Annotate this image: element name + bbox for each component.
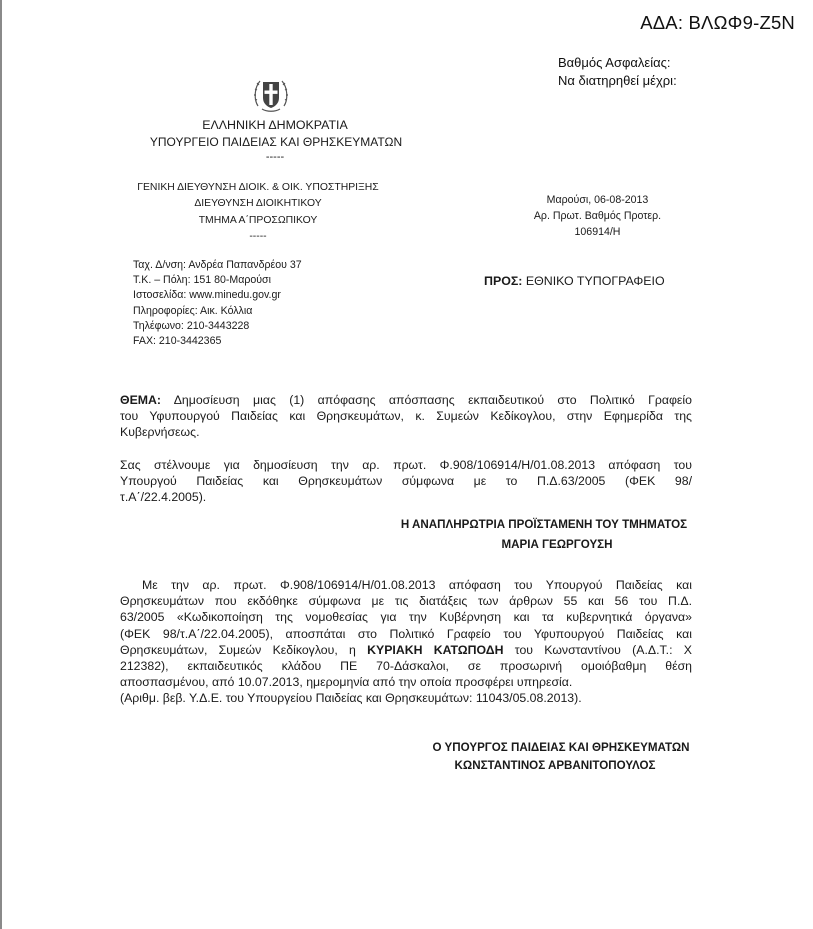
security-block: Βαθμός Ασφαλείας: Να διατηρηθεί μέχρι:: [558, 54, 677, 90]
header-separator: -----: [150, 149, 400, 165]
republic-heading: ΕΛΛΗΝΙΚΗ ΔΗΜΟΚΡΑΤΙΑ: [150, 117, 400, 133]
decision-line-4: (ΦΕΚ 98/τ.Α΄/22.04.2005), αποσπάται στο …: [120, 626, 692, 642]
signatory-1-title: Η ΑΝΑΠΛΗΡΩΤΡΙΑ ΠΡΟΪΣΤΑΜΕΝΗ ΤΟΥ ΤΜΗΜΑΤΟΣ: [396, 517, 692, 533]
appointee-name: ΚΥΡΙΑΚΗ ΚΑΤΩΠΟΔΗ: [367, 643, 503, 657]
greek-coat-of-arms-icon: [252, 74, 290, 114]
general-directorate: ΓΕΝΙΚΗ ΔΙΕΥΘΥΝΣΗ ΔΙΟΙΚ. & ΟΙΚ. ΥΠΟΣΤΗΡΙΞ…: [130, 180, 386, 196]
cover-line-2: Υπουργού Παιδείας και Θρησκευμάτων σύμφω…: [120, 473, 692, 489]
subject-line-2: του Υφυπουργού Παιδείας και Θρησκευμάτων…: [120, 408, 692, 424]
decision-line-5: Θρησκευμάτων, Συμεών Κεδίκογλου, η ΚΥΡΙΑ…: [120, 642, 692, 658]
place-date: Μαρούσι, 06-08-2013: [515, 192, 680, 208]
recipient-label: ΠΡΟΣ:: [484, 274, 522, 288]
decision-paragraph: Με την αρ. πρωτ. Φ.908/106914/Η/01.08.20…: [120, 577, 692, 707]
postal-code-city: Τ.Κ. – Πόλη: 151 80-Μαρούσι: [133, 273, 302, 288]
subject-line-1: ΘΕΜΑ: Δημοσίευση μιας (1) απόφασης απόσπ…: [120, 392, 692, 408]
fax: FAX: 210-3442365: [133, 334, 302, 349]
address-block: Ταχ. Δ/νση: Ανδρέα Παπανδρέου 37 Τ.Κ. – …: [133, 258, 302, 349]
decision-line-7: αποσπασμένου, από 10.07.2013, ημερομηνία…: [120, 674, 692, 690]
decision-line-3: 63/2005 «Κωδικοποίηση της νομοθεσίας για…: [120, 609, 692, 625]
cover-line-1: Σας στέλνουμε για δημοσίευση την αρ. πρω…: [120, 457, 692, 473]
signatory-1-name: ΜΑΡΙΑ ΓΕΩΡΓΟΥΣΗ: [420, 537, 694, 553]
cover-paragraph: Σας στέλνουμε για δημοσίευση την αρ. πρω…: [120, 457, 692, 506]
recipient-value: ΕΘΝΙΚΟ ΤΥΠΟΓΡΑΦΕΙΟ: [526, 274, 665, 288]
protocol-number: 106914/Η: [515, 224, 680, 240]
decision-line-6: 212382), εκπαιδευτικός κλάδου ΠΕ 70-Δάσκ…: [120, 658, 692, 674]
website: Ιστοσελίδα: www.minedu.gov.gr: [133, 288, 302, 303]
information-contact: Πληροφορίες: Αικ. Κόλλια: [133, 304, 302, 319]
postal-address: Ταχ. Δ/νση: Ανδρέα Παπανδρέου 37: [133, 258, 302, 273]
page-left-border: [0, 0, 2, 929]
decision-line-8: (Αριθμ. βεβ. Υ.Δ.Ε. του Υπουργείου Παιδε…: [120, 690, 692, 706]
recipient-line: ΠΡΟΣ: ΕΘΝΙΚΟ ΤΥΠΟΓΡΑΦΕΙΟ: [484, 273, 665, 289]
subject-line-3: Κυβερνήσεως.: [120, 424, 692, 440]
retain-until-label: Να διατηρηθεί μέχρι:: [558, 72, 677, 90]
cover-line-3: τ.Α΄/22.4.2005).: [120, 489, 692, 505]
telephone: Τηλέφωνο: 210-3443228: [133, 319, 302, 334]
date-protocol-block: Μαρούσι, 06-08-2013 Αρ. Πρωτ. Βαθμός Προ…: [515, 192, 680, 240]
department: ΤΜΗΜΑ Α΄ΠΡΟΣΩΠΙΚΟΥ: [130, 213, 386, 229]
signatory-2-name: ΚΩΝΣΤΑΝΤΙΝΟΣ ΑΡΒΑΝΙΤΟΠΟΥΛΟΣ: [430, 758, 680, 774]
division-block: ΓΕΝΙΚΗ ΔΙΕΥΘΥΝΣΗ ΔΙΟΙΚ. & ΟΙΚ. ΥΠΟΣΤΗΡΙΞ…: [130, 180, 386, 245]
subject-label: ΘΕΜΑ:: [120, 393, 161, 407]
protocol-label: Αρ. Πρωτ. Βαθμός Προτερ.: [515, 208, 680, 224]
ministry-heading: ΥΠΟΥΡΓΕΙΟ ΠΑΙΔΕΙΑΣ ΚΑΙ ΘΡΗΣΚΕΥΜΑΤΩΝ: [120, 134, 432, 150]
classification-label: Βαθμός Ασφαλείας:: [558, 54, 677, 72]
signatory-2-title: Ο ΥΠΟΥΡΓΟΣ ΠΑΙΔΕΙΑΣ ΚΑΙ ΘΡΗΣΚΕΥΜΑΤΩΝ: [430, 740, 692, 756]
division-separator: -----: [130, 229, 386, 245]
decision-line-1: Με την αρ. πρωτ. Φ.908/106914/Η/01.08.20…: [120, 577, 692, 593]
ada-code: ΑΔΑ: ΒΛΩΦ9-Ζ5Ν: [640, 12, 795, 34]
subject-paragraph: ΘΕΜΑ: Δημοσίευση μιας (1) απόφασης απόσπ…: [120, 392, 692, 441]
directorate: ΔΙΕΥΘΥΝΣΗ ΔΙΟΙΚΗΤΙΚΟΥ: [130, 196, 386, 212]
decision-line-2: Θρησκευμάτων που εκδόθηκε σύμφωνα με τις…: [120, 593, 692, 609]
